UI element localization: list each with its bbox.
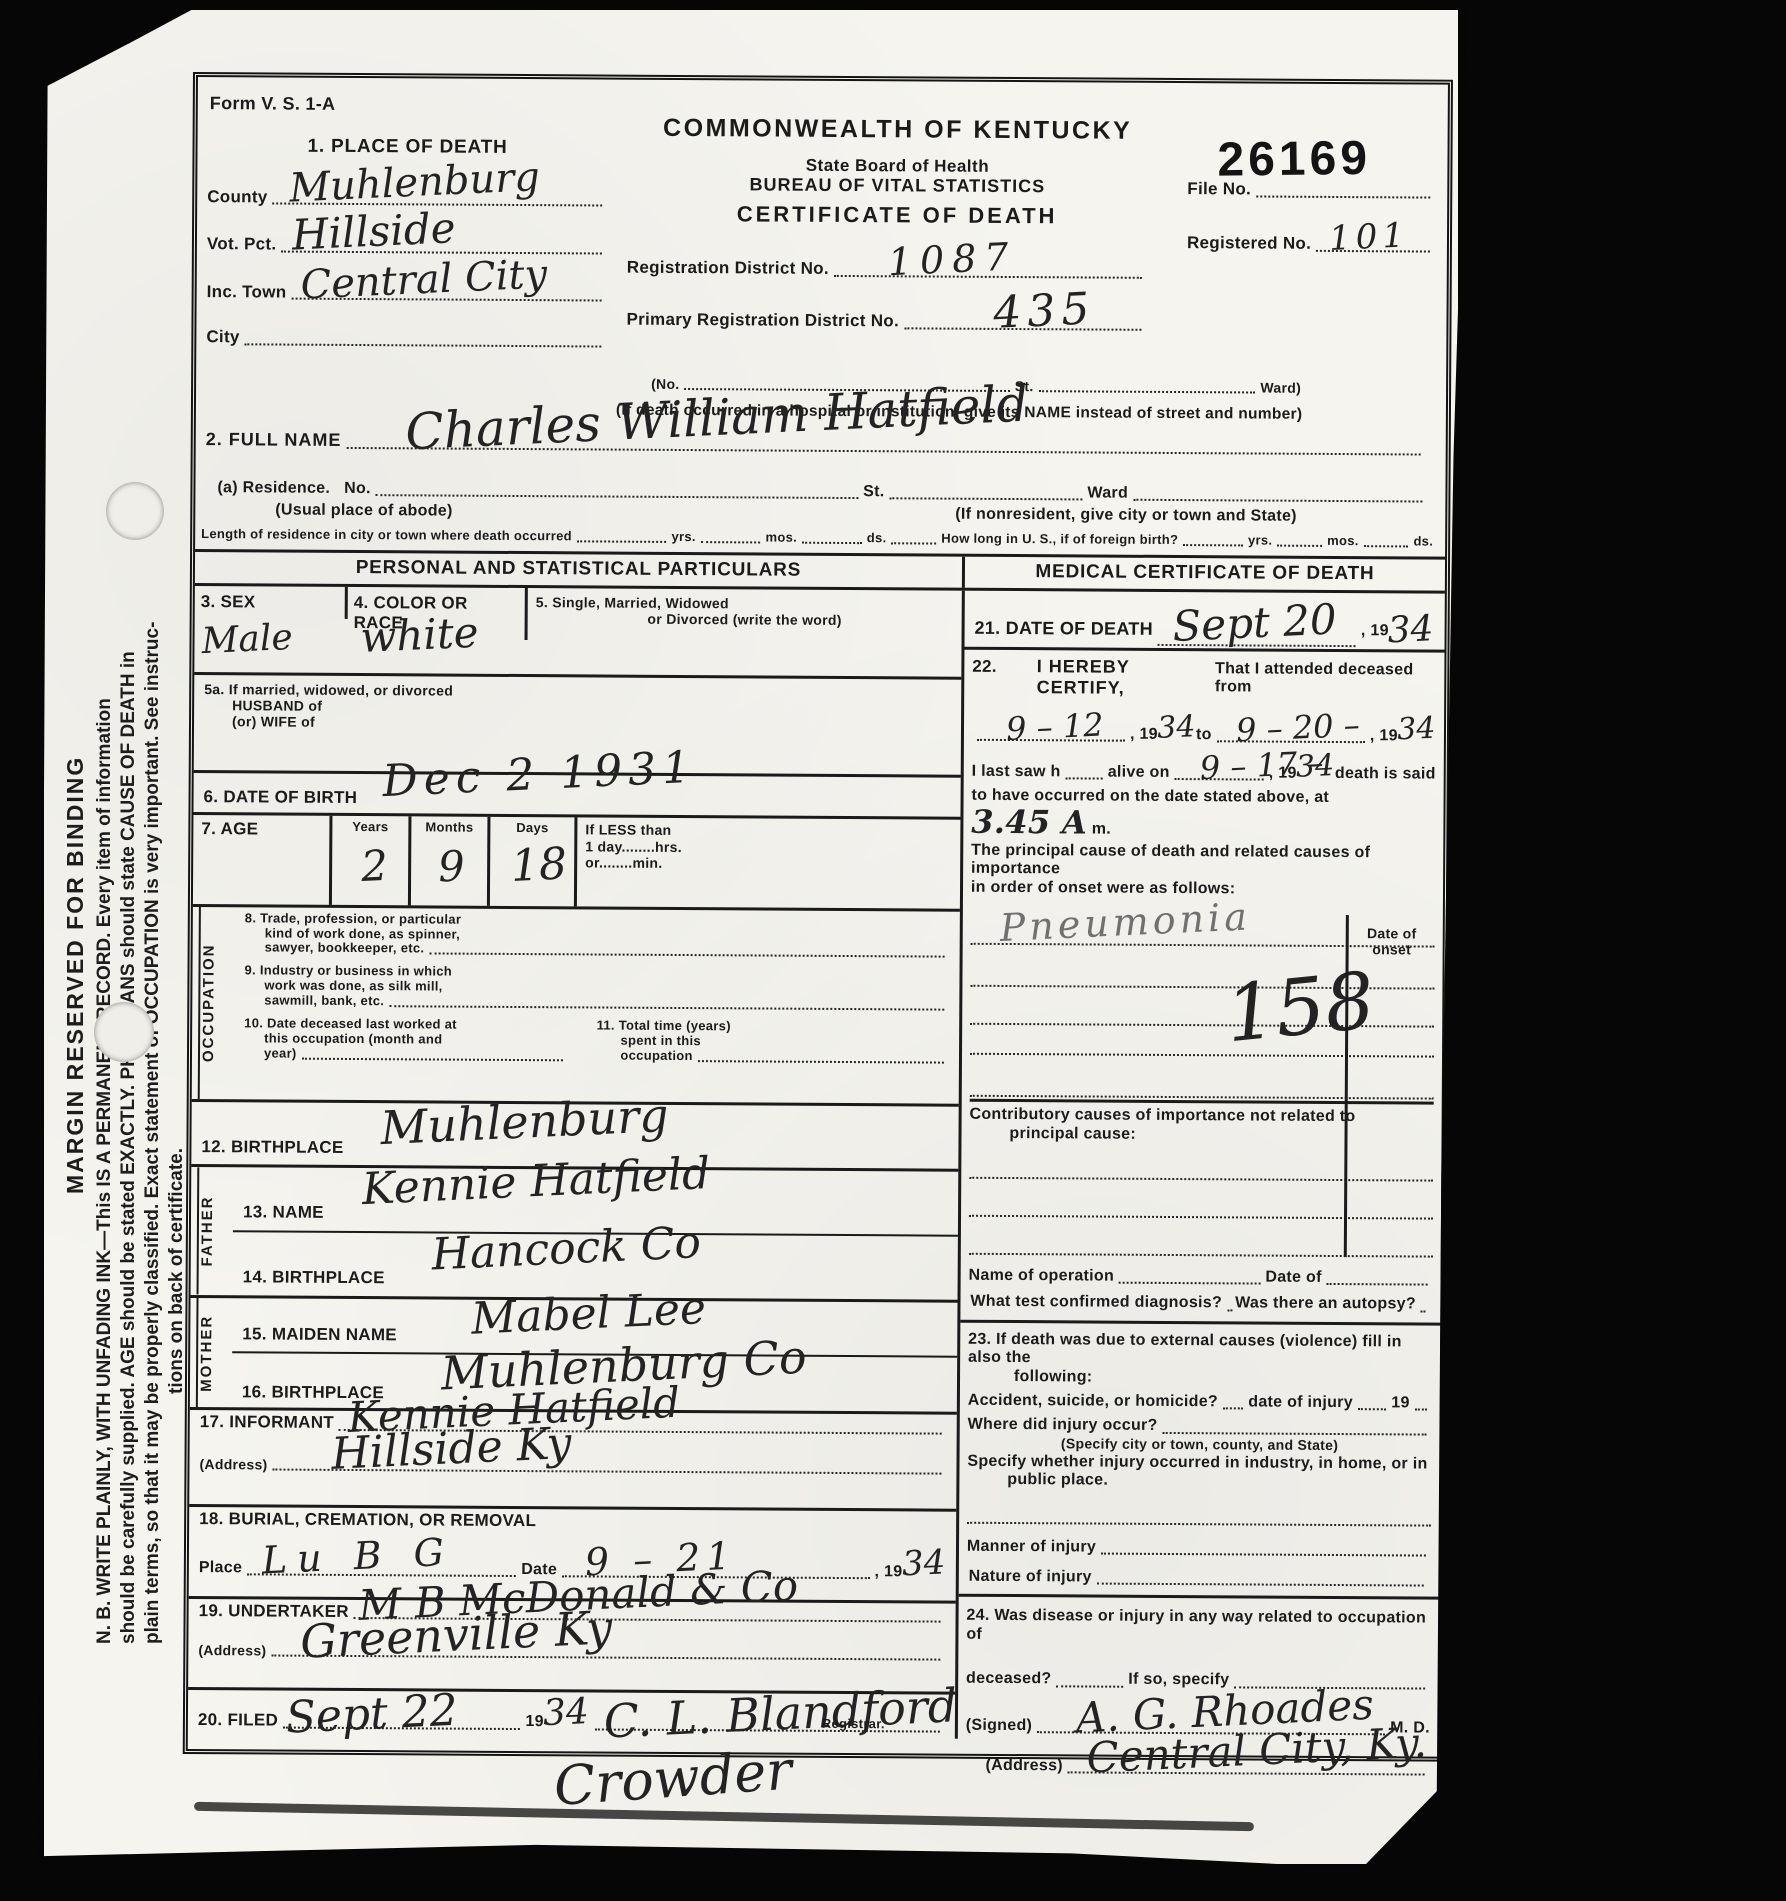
attended-from-line: 9 – 12 (977, 733, 1125, 742)
length-line-1 (577, 534, 667, 543)
physician-address-row: (Address) Central City, Ky. (965, 1757, 1429, 1778)
personal-section-title: PERSONAL AND STATISTICAL PARTICULARS (195, 552, 965, 588)
registered-no-handwritten: 101 (1329, 218, 1410, 256)
occ8-line (429, 947, 944, 958)
file-no-row: File No. (1187, 179, 1435, 200)
father-name-handwritten: Kennie Hatfield (361, 1152, 711, 1212)
sex-label: 3. SEX (201, 592, 256, 611)
dod-label: 21. DATE OF DEATH (974, 618, 1153, 640)
filed-label: 20. FILED (198, 1710, 278, 1730)
date-of-death-row: 21. DATE OF DEATH Sept 20 , 19 34 (964, 591, 1444, 653)
age-less-line3: or........min. (585, 854, 952, 872)
city-line (245, 337, 602, 347)
registration-district-handwritten: 1087 (887, 237, 1017, 281)
from-year-handwritten: 34 (1156, 712, 1196, 744)
lastsaw-2: alive on (1108, 763, 1170, 782)
registration-district-row: Registration District No. 1087 (627, 258, 1147, 281)
m5a-line3: (or) WIFE of (232, 713, 951, 733)
father-birthplace-label: 14. BIRTHPLACE (243, 1267, 385, 1287)
accident-line (1223, 1402, 1243, 1410)
occ9-line (389, 999, 944, 1010)
informant-address-label: (Address) (199, 1456, 267, 1473)
abode-note: (Usual place of abode) (275, 502, 452, 521)
bureau-heading: BUREAU OF VITAL STATISTICS (617, 174, 1177, 198)
registrar-label: Registrar. (822, 1717, 885, 1732)
length-yrs-label: yrs. (671, 530, 695, 545)
informant-label: 17. INFORMANT (200, 1412, 334, 1432)
filed-year-handwritten: 34 (542, 1694, 589, 1732)
residence-label: (a) Residence. (217, 479, 330, 498)
county-handwritten: Muhlenburg (289, 157, 541, 209)
to-word-label: to (1196, 726, 1212, 744)
occ10-line (302, 1052, 564, 1062)
length-line-6 (1277, 539, 1322, 547)
length-mos-label: mos. (766, 531, 798, 546)
cause-handwritten: Pneumonia (999, 898, 1252, 948)
scanned-death-certificate: MARGIN RESERVED FOR BINDING N. B. WRITE … (0, 0, 1786, 1901)
date-of-onset-box: Date of onset (1344, 915, 1435, 1257)
inc-town-line: Central City (291, 292, 601, 302)
age-days-header: Days (490, 821, 574, 836)
injury-date-label: date of injury (1248, 1393, 1353, 1412)
burial-19-label: , 19 (875, 1563, 903, 1582)
vot-pct-handwritten: Hillside (291, 207, 456, 257)
father-block: FATHER 13. NAME Kennie Hatfield 14. BIRT… (191, 1167, 959, 1302)
center-headings: COMMONWEALTH OF KENTUCKY State Board of … (617, 114, 1178, 230)
registered-no-line: 101 (1316, 243, 1430, 252)
c22-number: 22. (972, 657, 997, 677)
occurred-m: m. (1092, 820, 1111, 837)
sex-handwritten: Male (201, 620, 294, 660)
informant-address-line: Hillside Ky (273, 1462, 942, 1474)
county-label: County (207, 187, 267, 207)
length-ds2-label: ds. (1413, 534, 1433, 549)
certify-block: 22. I HEREBY CERTIFY, That I attended de… (971, 656, 1437, 900)
full-name-line: Charles William Hatfield (346, 441, 1420, 456)
manner-line (1101, 1547, 1426, 1557)
occupation-side-label: OCCUPATION (198, 907, 235, 1099)
age-months-handwritten: 9 (437, 846, 466, 889)
to-year-handwritten: 34 (1396, 714, 1436, 746)
last-saw-row: I last saw h alive on 9 – 17 – , 19 34 d… (972, 751, 1436, 784)
test-label: What test confirmed diagnosis? (970, 1293, 1222, 1313)
registration-district-label: Registration District No. (627, 258, 829, 279)
age-days-handwritten: 18 (510, 843, 568, 890)
where-injury-line (1163, 1426, 1427, 1436)
test-line (1227, 1303, 1230, 1311)
length-line-3 (802, 536, 862, 544)
lastsaw-year-handwritten: 34 (1295, 751, 1335, 783)
burial-place-label: Place (199, 1559, 242, 1578)
residence-no-line (376, 489, 858, 500)
cause-area: Pneumonia 158 Contributory causes of imp… (969, 901, 1435, 1258)
filed-date-handwritten: Sept 22 (285, 1689, 459, 1741)
c22-bold: I HEREBY CERTIFY, (1037, 656, 1210, 698)
medical-section-title: MEDICAL CERTIFICATE OF DEATH (965, 557, 1445, 591)
where-injury-row: Where did injury occur? (968, 1416, 1432, 1437)
maiden-name-label: 15. MAIDEN NAME (242, 1324, 397, 1344)
nonresident-note: (If nonresident, give city or town and S… (955, 506, 1297, 526)
occupation-item10: 10. Date deceased last worked at this oc… (244, 1017, 569, 1064)
registered-no-label: Registered No. (1187, 233, 1311, 253)
scan-edge-left (0, 0, 48, 1901)
residence-no-label: No. (344, 480, 371, 499)
attended-from-row: 9 – 12 , 19 34 to 9 – 20 – , 19 34 (972, 713, 1436, 746)
margin-nb-line2: should be carefully supplied. AGE should… (118, 651, 140, 1644)
full-name-row: 2. FULL NAME Charles William Hatfield (206, 429, 1426, 457)
marital-label-line1: 5. Single, Married, Widowed (536, 594, 954, 613)
onset-label-line2: onset (1349, 941, 1435, 958)
burial-label: 18. BURIAL, CREMATION, OR REMOVAL (199, 1509, 946, 1533)
vot-pct-line: Hillside (281, 244, 602, 254)
registrar-signature-handwritten: C. L. Blandford (602, 1682, 958, 1744)
personal-column: 3. SEX Male 4. COLOR OR RACE white 5. Si… (188, 586, 965, 1739)
margin-nb-line3: plain terms, so that it may be properly … (142, 622, 164, 1644)
injury-date-line (1358, 1402, 1386, 1410)
primary-district-label: Primary Registration District No. (626, 310, 899, 331)
date-of-birth-row: 6. DATE OF BIRTH Dec 2 1931 (193, 773, 960, 820)
medical-column: 21. DATE OF DEATH Sept 20 , 19 34 22. I … (958, 591, 1445, 1742)
dob-handwritten: Dec 2 1931 (381, 746, 697, 804)
attended-to-handwritten: 9 – 20 – (1235, 709, 1360, 747)
residence-st-line (889, 492, 1082, 501)
attended-to-line: 9 – 20 – (1217, 734, 1365, 743)
residence-st-label: St. (863, 483, 884, 502)
length-line-4 (891, 536, 936, 544)
birthplace-label: 12. BIRTHPLACE (201, 1137, 343, 1157)
nature-label: Nature of injury (969, 1568, 1092, 1587)
father-side-label: FATHER (197, 1167, 234, 1295)
deceased-label: deceased? (966, 1670, 1052, 1689)
age-row: 7. AGE Years 2 Months 9 Days 18 (193, 815, 960, 911)
deceased-line (1056, 1679, 1123, 1687)
burial-place-handwritten: Lu B G (261, 1533, 455, 1580)
form-header: Form V. S. 1-A 1. PLACE OF DEATH County … (195, 77, 1448, 557)
birthplace-handwritten: Muhlenburg (379, 1091, 669, 1150)
filed-19-label: 19 (525, 1714, 544, 1733)
bottom-handwritten-note: Crowder (552, 1744, 793, 1814)
city-label: City (206, 328, 239, 348)
ward-label: Ward) (1260, 380, 1301, 396)
age-less-line2: 1 day........hrs. (585, 838, 952, 856)
operation-line (1119, 1276, 1260, 1285)
informant-block: 17. INFORMANT Kennie Hatfield (Address) … (189, 1410, 956, 1512)
signed-label: (Signed) (966, 1716, 1033, 1735)
length-right-label: How long in U. S., if of foreign birth? (941, 532, 1178, 548)
dod-line: Sept 20 (1158, 638, 1356, 647)
father-name-label: 13. NAME (243, 1203, 324, 1223)
autopsy-label: Was there an autopsy? (1235, 1295, 1416, 1314)
sex-race-marital-row: 3. SEX Male 4. COLOR OR RACE white 5. Si… (194, 586, 961, 680)
informant-address-handwritten: Hillside Ky (330, 1422, 572, 1477)
dob-label: 6. DATE OF BIRTH (204, 787, 358, 807)
physician-address-handwritten: Central City, Ky. (1086, 1722, 1428, 1780)
certificate-paper: MARGIN RESERVED FOR BINDING N. B. WRITE … (44, 4, 1458, 1864)
length-yrs2-label: yrs. (1248, 533, 1272, 548)
date-of-line (1327, 1277, 1428, 1286)
external-causes-block: 23. If death was due to external causes … (967, 1330, 1433, 1599)
full-name-label: 2. FULL NAME (206, 429, 342, 451)
maiden-name-handwritten: Mabel Lee (470, 1286, 707, 1341)
place-of-death-block: 1. PLACE OF DEATH County Muhlenburg Vot.… (206, 135, 607, 349)
primary-district-row: Primary Registration District No. 435 (626, 310, 1146, 333)
primary-district-line: 435 (904, 321, 1142, 330)
physician-address-label: (Address) (985, 1757, 1063, 1776)
commonwealth-heading: COMMONWEALTH OF KENTUCKY (618, 114, 1178, 146)
physician-address-line: Central City, Ky. (1068, 1766, 1425, 1776)
death-certificate-form: Form V. S. 1-A 1. PLACE OF DEATH County … (183, 72, 1453, 1762)
occ9-line3: sawmill, bank, etc. (264, 994, 384, 1010)
test-autopsy-row: What test confirmed diagnosis? Was there… (960, 1293, 1440, 1325)
filed-date-line: Sept 22 (283, 1720, 520, 1729)
q24-line1: 24. Was disease or injury in any way rel… (966, 1607, 1430, 1647)
to-19-label: , 19 (1370, 727, 1398, 746)
dod-handwritten: Sept 20 (1172, 598, 1338, 648)
occ11-line (698, 1054, 944, 1064)
residence-ward-label: Ward (1087, 484, 1128, 503)
accident-row: Accident, suicide, or homicide? date of … (968, 1392, 1432, 1413)
occupation-block: OCCUPATION 8. Trade, profession, or part… (192, 907, 960, 1107)
place-of-death-title: 1. PLACE OF DEATH (207, 135, 607, 159)
autopsy-line (1421, 1304, 1424, 1312)
filed-block: 20. FILED Sept 22 19 34 C. L. Blandford … (188, 1690, 955, 1739)
principal-line1: The principal cause of death and related… (971, 842, 1435, 882)
undertaker-block: 19. UNDERTAKER M B McDonald & Co (Addres… (188, 1599, 955, 1695)
vot-pct-label: Vot. Pct. (207, 234, 277, 254)
age-label: 7. AGE (201, 820, 258, 839)
father-birthplace-handwritten: Hancock Co (431, 1221, 702, 1277)
age-years-header: Years (332, 820, 408, 835)
file-no-label: File No. (1187, 179, 1251, 199)
undertaker-address-line: Greenville Ky (271, 1649, 940, 1661)
manner-row: Manner of injury (967, 1537, 1431, 1558)
registrar-signature-line: C. L. Blandford (595, 1722, 940, 1732)
age-months-header: Months (411, 821, 487, 836)
onset-label-line1: Date of (1349, 925, 1435, 942)
lastsaw-3: death is said (1335, 765, 1436, 784)
length-line-7 (1364, 539, 1409, 547)
length-of-residence-row: Length of residence in city or town wher… (201, 527, 1433, 549)
inc-town-handwritten: Central City (300, 255, 548, 306)
occupation-item11: 11. Total time (years) spent in this occ… (596, 1019, 949, 1066)
from-19-label: , 19 (1130, 726, 1158, 745)
inc-town-label: Inc. Town (207, 282, 287, 302)
residence-ward-line (1133, 493, 1422, 503)
burial-year-handwritten: 34 (901, 1545, 946, 1581)
nature-line (1097, 1577, 1424, 1587)
undertaker-address-handwritten: Greenville Ky (299, 1605, 613, 1665)
occupation-item8: 8. Trade, profession, or particular kind… (245, 911, 950, 960)
marital-label-line2: or Divorced (write the word) (536, 610, 954, 629)
age-less-line1: If LESS than (585, 822, 952, 840)
dod-19-label: , 19 (1361, 623, 1389, 642)
operation-row: Name of operation Date of (968, 1267, 1432, 1288)
where-injury-label: Where did injury occur? (968, 1416, 1158, 1436)
full-name-handwritten: Charles William Hatfield (404, 378, 1029, 457)
operation-label: Name of operation (968, 1267, 1114, 1286)
form-number: Form V. S. 1-A (210, 93, 336, 114)
race-handwritten: white (359, 611, 479, 658)
lastsaw-line: 9 – 17 – (1175, 772, 1264, 781)
specify-whether-line2: public place. (1007, 1471, 1431, 1492)
punch-hole-bottom (94, 1002, 154, 1062)
length-mos2-label: mos. (1327, 534, 1359, 549)
occ11-line3: occupation (620, 1049, 692, 1064)
public-place-blank-line (967, 1511, 1431, 1526)
undertaker-address-label: (Address) (198, 1642, 266, 1659)
length-ds-label: ds. (867, 531, 887, 546)
injury-year-line (1415, 1403, 1427, 1411)
margin-nb-line1: N. B. WRITE PLAINLY, WITH UNFADING INK—T… (94, 698, 116, 1644)
length-line-5 (1183, 538, 1243, 546)
specify-city-note: (Specify city or town, county, and State… (967, 1434, 1431, 1453)
st-line (1039, 384, 1256, 393)
primary-district-handwritten: 435 (992, 287, 1096, 336)
nature-row: Nature of injury (959, 1568, 1439, 1600)
occupation-item9: 9. Industry or business in which work wa… (244, 964, 949, 1013)
no-label: (No. (651, 376, 680, 392)
occ10-line3: year) (264, 1047, 297, 1062)
length-line-2 (701, 535, 761, 543)
occupation-items-10-11: 10. Date deceased last worked at this oc… (244, 1017, 949, 1066)
accident-label: Accident, suicide, or homicide? (968, 1392, 1218, 1412)
file-no-line (1256, 189, 1430, 198)
certificate-heading: CERTIFICATE OF DEATH (617, 201, 1177, 230)
injury-19-label: 19 (1391, 1394, 1410, 1413)
lastsaw-1: I last saw h (972, 763, 1061, 782)
occupation-relation-block: 24. Was disease or injury in any way rel… (965, 1607, 1430, 1778)
length-left-label: Length of residence in city or town wher… (201, 527, 572, 544)
dod-year-handwritten: 34 (1387, 611, 1434, 649)
age-years-handwritten: 2 (360, 845, 389, 888)
c22-rest: That I attended deceased from (1215, 660, 1437, 698)
occurred-time-handwritten: 3.45 A (971, 802, 1087, 841)
manner-label: Manner of injury (967, 1537, 1096, 1556)
punch-hole-top (106, 482, 164, 540)
occurred-row: to have occurred on the date stated abov… (971, 787, 1435, 841)
residence-row: (a) Residence. No. St. Ward (217, 479, 1427, 505)
occ10-line2: this occupation (month and (264, 1032, 568, 1049)
attended-from-handwritten: 9 – 12 (1005, 709, 1104, 745)
registered-no-row: Registered No. 101 (1187, 233, 1435, 254)
date-of-label: Date of (1265, 1269, 1321, 1288)
occ8-line3: sawyer, bookkeeper, etc. (265, 941, 425, 957)
q23-line1: 23. If death was due to external causes … (968, 1330, 1432, 1370)
mother-side-label: MOTHER (196, 1298, 233, 1408)
form-columns: 3. SEX Male 4. COLOR OR RACE white 5. Si… (188, 586, 1445, 1742)
margin-binding-text: MARGIN RESERVED FOR BINDING (62, 756, 89, 1194)
q23-line1b: following: (1014, 1368, 1432, 1389)
lastsaw-him-line (1066, 772, 1103, 780)
registration-district-line: 1087 (834, 268, 1142, 278)
